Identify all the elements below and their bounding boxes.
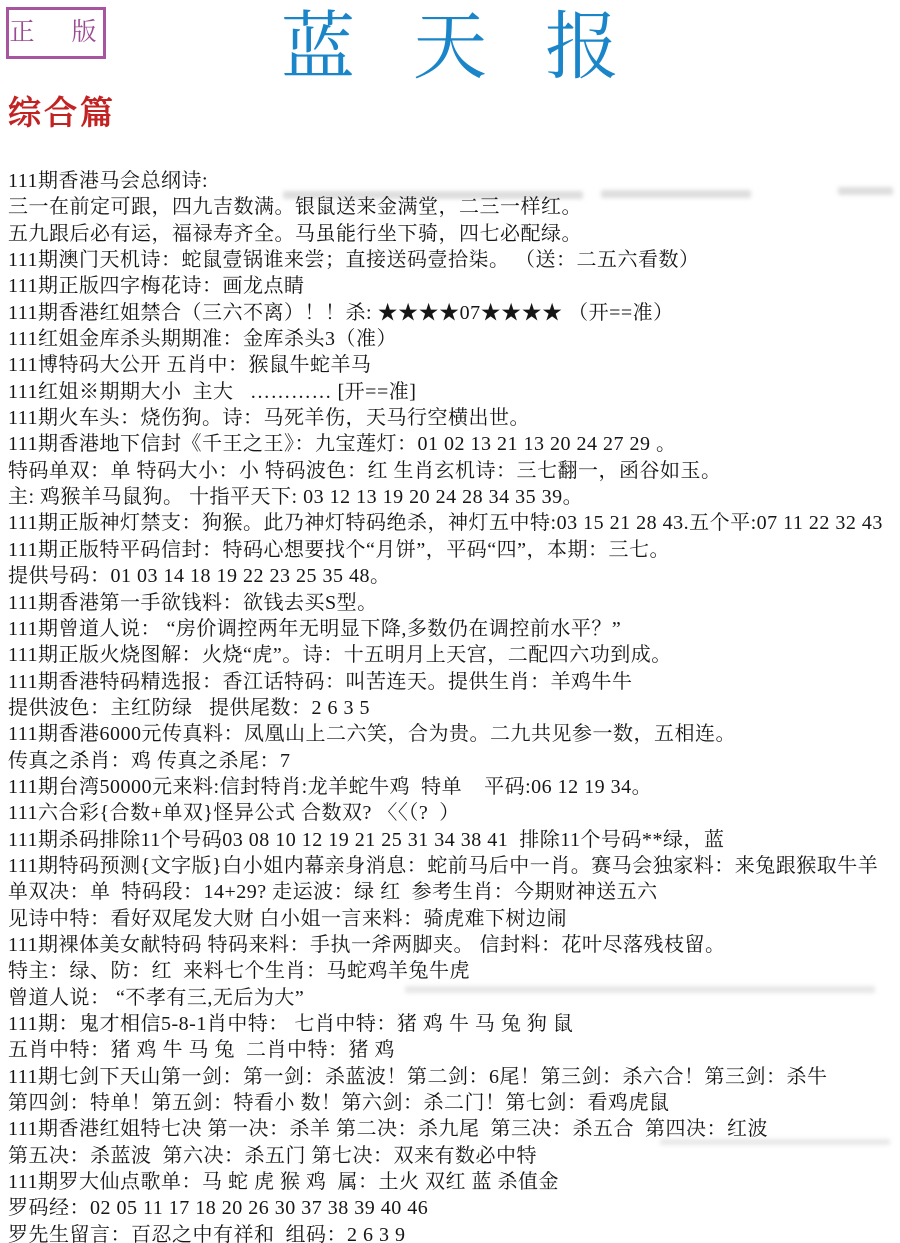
text-line: 111期曾道人说： “房价调控两年无明显下降,多数仍在调控前水平？” — [8, 616, 900, 642]
text-line: 111期罗大仙点歌单：马 蛇 虎 猴 鸡 属：土火 双红 蓝 杀值金 — [8, 1169, 900, 1195]
newspaper-title: 蓝天报 — [0, 8, 900, 88]
text-line: 111六合彩{合数+单双}怪异公式 合数双? 〈〈（? ） — [8, 800, 900, 826]
text-line: 提供波色：主红防绿 提供尾数：2 6 3 5 — [8, 695, 900, 721]
text-line: 特主：绿、防：红 来料七个生肖：马蛇鸡羊兔牛虎 — [8, 958, 900, 984]
text-line: 111期香港第一手欲钱料：欲钱去买S型。 — [8, 590, 900, 616]
text-line: 第五决：杀蓝波 第六决：杀五门 第七决：双来有数必中特 — [8, 1143, 900, 1169]
text-line: 111期正版四字梅花诗：画龙点睛 — [8, 273, 900, 299]
text-line: 111期香港红姐特七决 第一决：杀羊 第二决：杀九尾 第三决：杀五合 第四决：红… — [8, 1116, 900, 1142]
text-line: 111期杀码排除11个号码03 08 10 12 19 21 25 31 34 … — [8, 827, 900, 853]
text-line: 五肖中特：猪 鸡 牛 马 兔 二肖中特：猪 鸡 — [8, 1037, 900, 1063]
text-line: 见诗中特：看好双尾发大财 白小姐一言来料：骑虎难下树边闹 — [8, 906, 900, 932]
text-line: 111期七剑下天山第一剑：第一剑：杀蓝波！第二剑：6尾！第三剑：杀六合！第三剑：… — [8, 1064, 900, 1090]
text-line: 111红姐※期期大小 主大 ………… [开==准] — [8, 379, 900, 405]
section-title: 综合篇 — [8, 94, 116, 134]
text-line: 111期正版火烧图解：火烧“虎”。诗：十五明月上天宫，二配四六功到成。 — [8, 642, 900, 668]
text-line: 传真之杀肖：鸡 传真之杀尾：7 — [8, 748, 900, 774]
text-line: 111期正版神灯禁支：狗猴。此乃神灯特码绝杀，神灯五中特:03 15 21 28… — [8, 510, 900, 536]
text-line: 特码单双：单 特码大小：小 特码波色：红 生肖玄机诗：三七翻一，函谷如玉。 — [8, 458, 900, 484]
content-lines: 111期香港马会总纲诗:三一在前定可跟，四九吉数满。银鼠送来金满堂，二三一样红。… — [8, 168, 900, 1243]
text-line: 111期香港6000元传真料：凤凰山上二六笑，合为贵。二九共见参一数，五相连。 — [8, 721, 900, 747]
text-line: 111期香港特码精选报：香江话特码：叫苦连天。提供生肖：羊鸡牛牛 — [8, 669, 900, 695]
text-line: 主: 鸡猴羊马鼠狗。 十指平天下: 03 12 13 19 20 24 28 3… — [8, 484, 900, 510]
text-line: 111期裸体美女献特码 特码来料：手执一斧两脚夹。 信封料：花叶尽落残枝留。 — [8, 932, 900, 958]
text-line: 曾道人说： “不孝有三,无后为大” — [8, 985, 900, 1011]
text-line: 111期特码预测{文字版}白小姐内幕亲身消息：蛇前马后中一肖。赛马会独家料：来兔… — [8, 853, 900, 879]
text-line: 五九跟后必有运，福禄寿齐全。马虽能行坐下骑，四七必配绿。 — [8, 221, 900, 247]
text-line: 罗先生留言：百忍之中有祥和 组码：2 6 3 9 — [8, 1222, 900, 1243]
text-line: 提供号码：01 03 14 18 19 22 23 25 35 48。 — [8, 563, 900, 589]
text-line: 罗码经：02 05 11 17 18 20 26 30 37 38 39 40 … — [8, 1195, 900, 1221]
text-line: 111博特码大公开 五肖中：猴鼠牛蛇羊马 — [8, 352, 900, 378]
text-line: 三一在前定可跟，四九吉数满。银鼠送来金满堂，二三一样红。 — [8, 194, 900, 220]
text-line: 111期火车头：烧伤狗。诗：马死羊伤，天马行空横出世。 — [8, 405, 900, 431]
text-line: 111期：鬼才相信5-8-1肖中特： 七肖中特：猪 鸡 牛 马 兔 狗 鼠 — [8, 1011, 900, 1037]
text-line: 111期香港马会总纲诗: — [8, 168, 900, 194]
text-line: 单双决：单 特码段：14+29? 走运波：绿 红 参考生肖：今期财神送五六 — [8, 879, 900, 905]
text-line: 第四剑：特单！第五剑：特看小 数！第六剑：杀二门！第七剑：看鸡虎鼠 — [8, 1090, 900, 1116]
text-line: 111期台湾50000元来料:信封特肖:龙羊蛇牛鸡 特单 平码:06 12 19… — [8, 774, 900, 800]
text-line: 111期香港地下信封《千王之王》：九宝莲灯：01 02 13 21 13 20 … — [8, 431, 900, 457]
text-line: 111期香港红姐禁合（三六不离）！！杀: ★★★★07★★★★ （开==准） — [8, 300, 900, 326]
text-line: 111期澳门天机诗：蛇鼠壹锅谁来尝；直接送码壹拾柒。 （送：二五六看数） — [8, 247, 900, 273]
text-line: 111期正版特平码信封：特码心想要找个“月饼”，平码“四”，本期：三七。 — [8, 537, 900, 563]
text-line: 111红姐金库杀头期期准：金库杀头3（准） — [8, 326, 900, 352]
